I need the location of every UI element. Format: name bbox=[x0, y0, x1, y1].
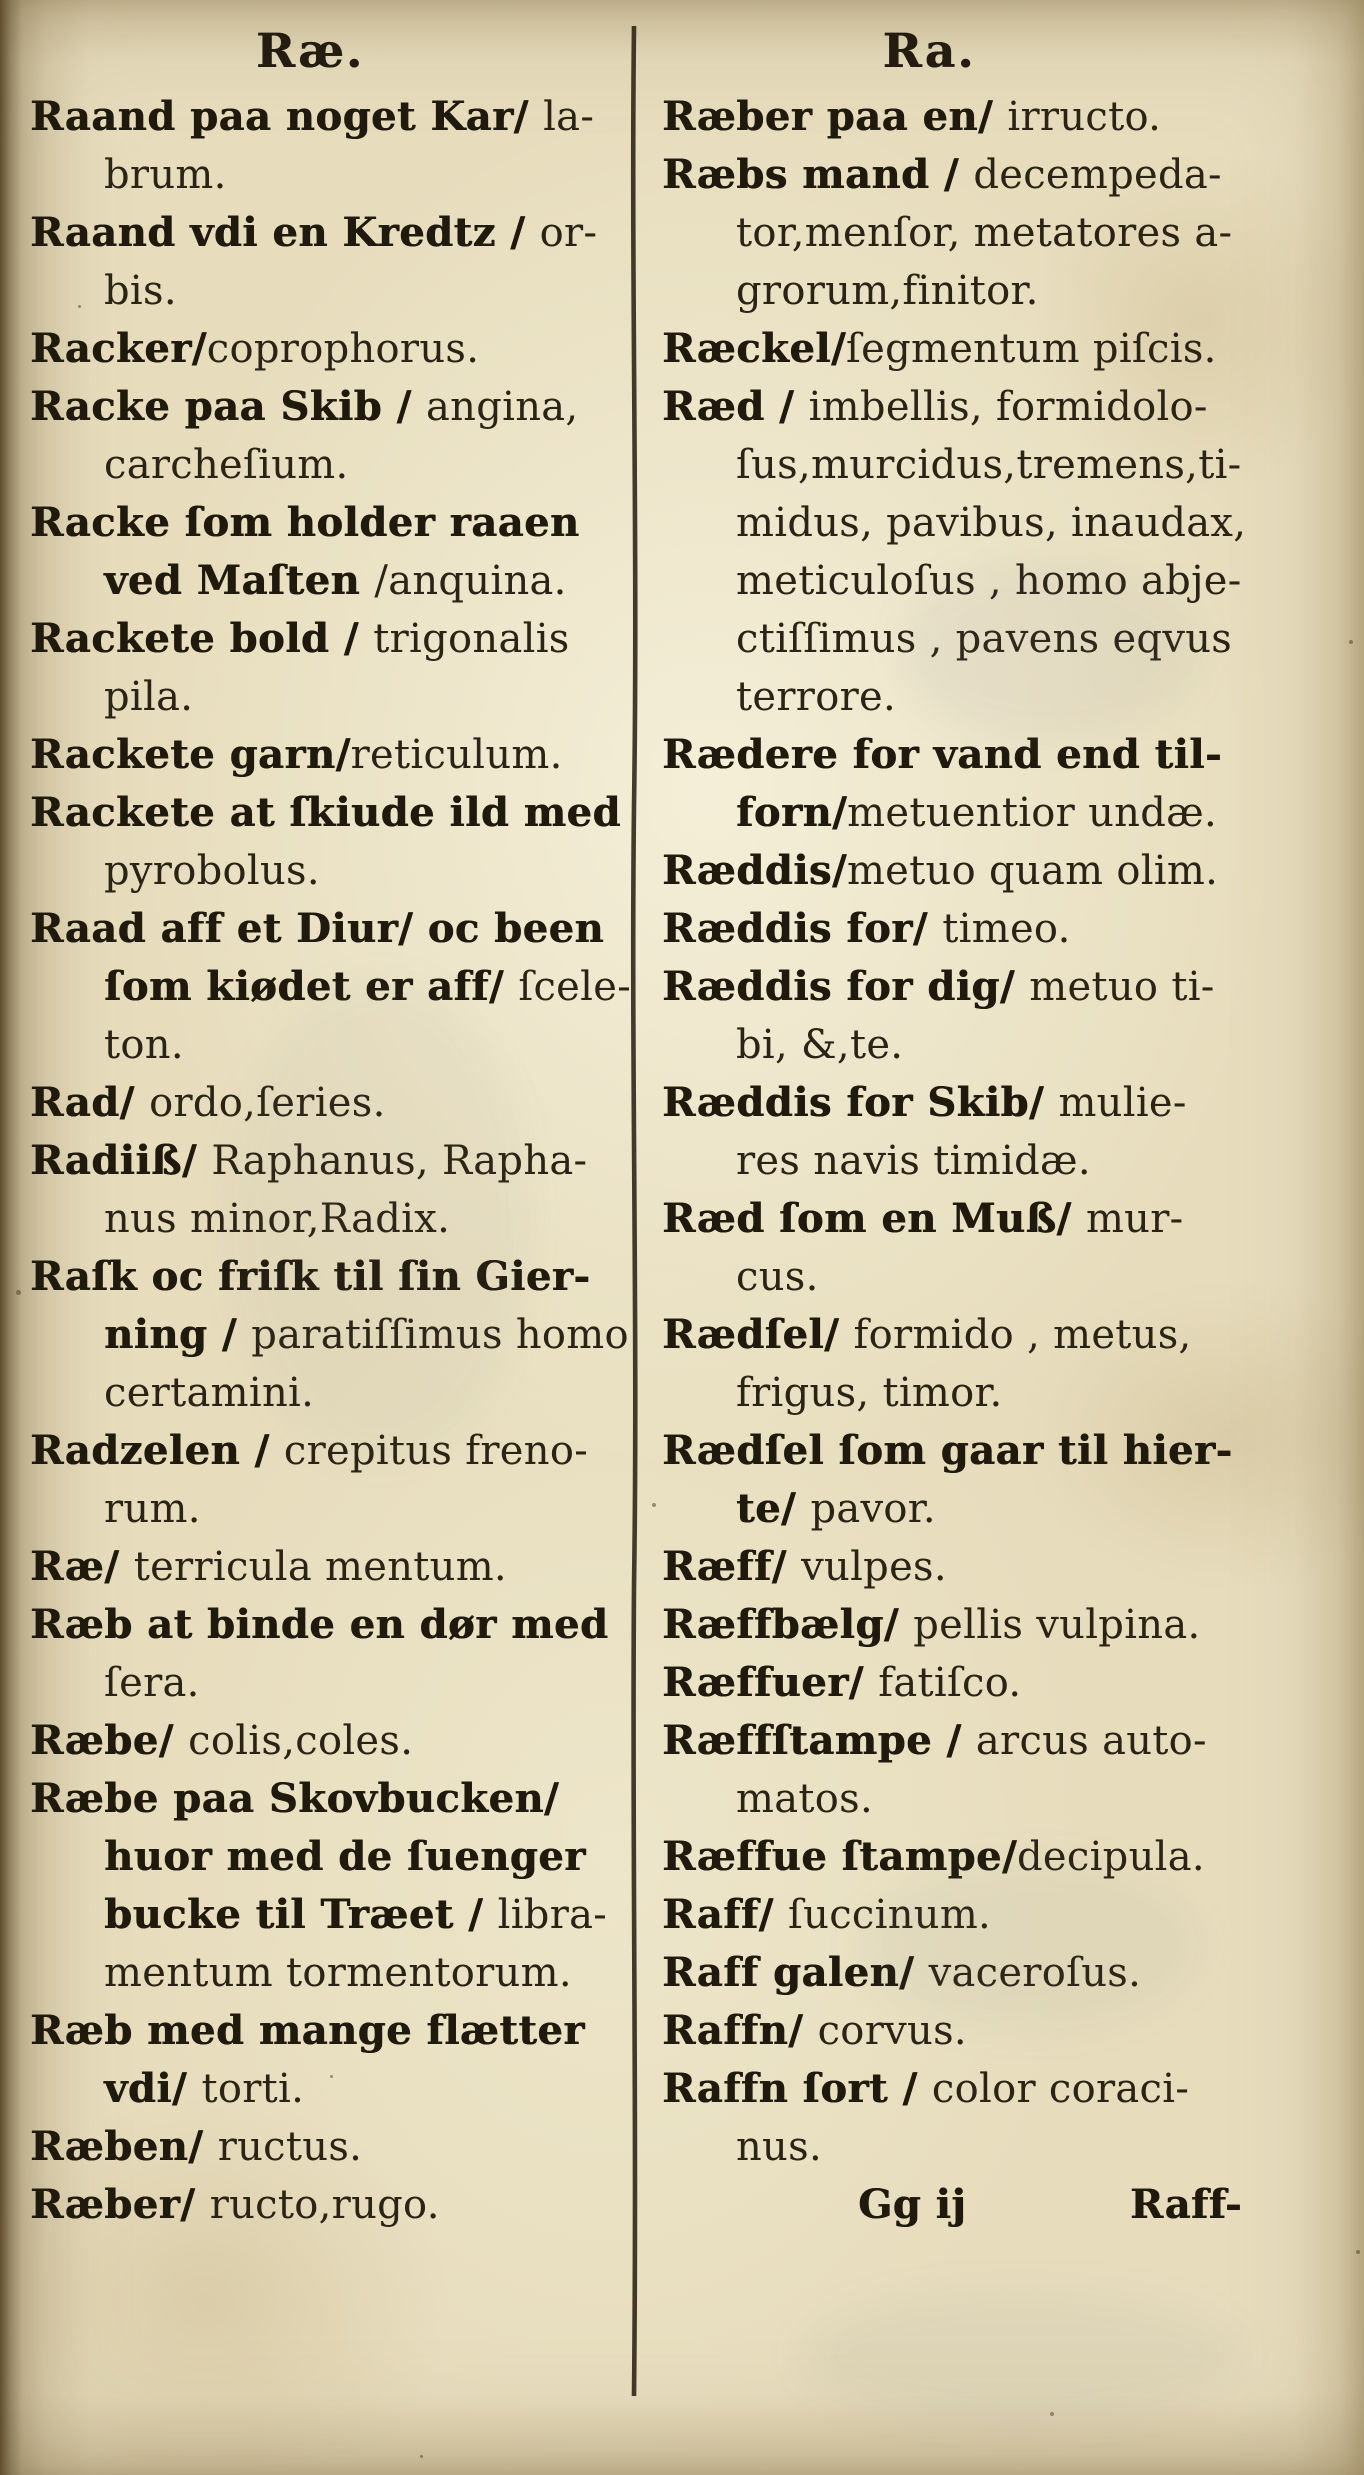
latin-gloss-text: pellis vulpina. bbox=[913, 1602, 1200, 1648]
entry-line: ſus,murcidus,tremens,ti- bbox=[662, 436, 1354, 494]
latin-gloss-text: angina, bbox=[426, 384, 578, 430]
entry-line: Ræffbælg/ pellis vulpina. bbox=[662, 1596, 1354, 1654]
running-head-right: Ra. bbox=[664, 24, 1194, 80]
latin-gloss-text: cus. bbox=[736, 1254, 819, 1300]
entry-line: Ræddis/metuo quam olim. bbox=[662, 842, 1354, 900]
entry-line: Ræd / imbellis, formidolo- bbox=[662, 378, 1354, 436]
headword-text: ved Maſten bbox=[104, 557, 374, 604]
headword-text: Ræd ſom en Muß/ bbox=[662, 1195, 1086, 1242]
latin-gloss-text: irructo. bbox=[1007, 94, 1161, 140]
entry-line: Ræbe paa Skovbucken/ bbox=[30, 1770, 630, 1828]
ink-speck bbox=[1349, 640, 1353, 644]
latin-gloss-text: bis. bbox=[104, 268, 177, 314]
latin-gloss-text: la- bbox=[543, 94, 594, 140]
entry-line: bis. bbox=[30, 262, 630, 320]
entry-line: Ræb at binde en dør med bbox=[30, 1596, 630, 1654]
latin-gloss-text: formido , metus, bbox=[854, 1312, 1192, 1358]
entry-line: Racke ſom holder raaen bbox=[30, 494, 630, 552]
headword-text: Ræffbælg/ bbox=[662, 1601, 913, 1648]
bleedthrough-ghost bbox=[900, 560, 1200, 740]
latin-gloss-text: torti. bbox=[201, 2066, 304, 2112]
entry-line: midus, pavibus, inaudax, bbox=[662, 494, 1354, 552]
entry-line: vdi/ torti. bbox=[30, 2060, 630, 2118]
entry-line: pila. bbox=[30, 668, 630, 726]
latin-gloss-text: matos. bbox=[736, 1776, 873, 1822]
latin-gloss-text: bi, &,te. bbox=[736, 1022, 903, 1068]
headword-text: Ræb med mange flætter bbox=[30, 2007, 585, 2054]
headword-text: vdi/ bbox=[104, 2065, 201, 2112]
entry-line: brum. bbox=[30, 146, 630, 204]
entry-line: Rackete bold / trigonalis bbox=[30, 610, 630, 668]
headword-text: te/ bbox=[736, 1485, 810, 1532]
headword-text: Ræber/ bbox=[30, 2181, 210, 2228]
headword-text: Gg ij bbox=[858, 2176, 966, 2234]
headword-text: Ræben/ bbox=[30, 2123, 218, 2170]
latin-gloss-text: libra- bbox=[498, 1892, 607, 1938]
latin-gloss-text: colis,coles. bbox=[188, 1718, 413, 1764]
latin-gloss-text: /anquina. bbox=[374, 558, 566, 604]
entry-line: bi, &,te. bbox=[662, 1016, 1354, 1074]
entry-line: Ræddis for dig/ metuo ti- bbox=[662, 958, 1354, 1016]
entry-line: mentum tormentorum. bbox=[30, 1944, 630, 2002]
latin-gloss-text: metuo quam olim. bbox=[847, 848, 1218, 894]
latin-gloss-text: midus, pavibus, inaudax, bbox=[736, 500, 1246, 546]
entry-line: huor med de ſuenger bbox=[30, 1828, 630, 1886]
latin-gloss-text: nus. bbox=[736, 2124, 822, 2170]
latin-gloss-text: terricula mentum. bbox=[134, 1544, 507, 1590]
latin-gloss-text: ſegmentum piſcis. bbox=[846, 326, 1217, 372]
ink-speck bbox=[78, 305, 81, 308]
entry-line: Rackete garn/reticulum. bbox=[30, 726, 630, 784]
latin-gloss-text: imbellis, formidolo- bbox=[809, 384, 1208, 430]
latin-gloss-text: metuo ti- bbox=[1029, 964, 1214, 1010]
entry-line: carcheſium. bbox=[30, 436, 630, 494]
latin-gloss-text: ſus,murcidus,tremens,ti- bbox=[736, 442, 1241, 488]
entry-line: Ræffuer/ fatiſco. bbox=[662, 1654, 1354, 1712]
headword-text: Ræbs mand / bbox=[662, 151, 973, 198]
headword-text: Ræddis/ bbox=[662, 847, 847, 894]
entry-line: Ræff/ vulpes. bbox=[662, 1538, 1354, 1596]
headword-text: Ræbe/ bbox=[30, 1717, 188, 1764]
latin-gloss-text: mentum tormentorum. bbox=[104, 1950, 572, 1996]
entry-line: Ræb med mange flætter bbox=[30, 2002, 630, 2060]
headword-text: Rad/ bbox=[30, 1079, 149, 1126]
entry-line: Ræd ſom en Muß/ mur- bbox=[662, 1190, 1354, 1248]
headword-text: Racker/ bbox=[30, 325, 207, 372]
headword-text: Ræckel/ bbox=[662, 325, 846, 372]
entry-line: Ræbs mand / decempeda- bbox=[662, 146, 1354, 204]
bleedthrough-ghost bbox=[800, 2290, 1240, 2420]
headword-text: Rackete at ſkiude ild med bbox=[30, 789, 621, 836]
entry-line: ſera. bbox=[30, 1654, 630, 1712]
headword-text: Ræddis for Skib/ bbox=[662, 1079, 1058, 1126]
headword-text: ſom kiødet er aff/ bbox=[104, 963, 518, 1010]
headword-text: Ræff/ bbox=[662, 1543, 801, 1590]
latin-gloss-text: pyrobolus. bbox=[104, 848, 320, 894]
headword-text: Ræffuer/ bbox=[662, 1659, 878, 1706]
headword-text: Raad aff et Diur/ oc been bbox=[30, 905, 604, 952]
latin-gloss-text: vulpes. bbox=[801, 1544, 947, 1590]
latin-gloss-text: color coraci- bbox=[932, 2066, 1189, 2112]
headword-text: Ræd / bbox=[662, 383, 809, 430]
entry-line: pyrobolus. bbox=[30, 842, 630, 900]
ink-speck bbox=[420, 2455, 423, 2458]
headword-text: Raand paa noget Kar/ bbox=[30, 93, 543, 140]
latin-gloss-text: ſcele- bbox=[518, 964, 631, 1010]
entry-line: rum. bbox=[30, 1480, 630, 1538]
entry-line: Rackete at ſkiude ild med bbox=[30, 784, 630, 842]
headword-text: Raffn/ bbox=[662, 2007, 818, 2054]
entry-line: Ræffſtampe / arcus auto- bbox=[662, 1712, 1354, 1770]
latin-gloss-text: ructus. bbox=[218, 2124, 362, 2170]
headword-text: Ræffſtampe / bbox=[662, 1717, 976, 1764]
entry-line: ved Maſten /anquina. bbox=[30, 552, 630, 610]
latin-gloss-text: reticulum. bbox=[351, 732, 563, 778]
latin-gloss-text: decempeda- bbox=[973, 152, 1222, 198]
latin-gloss-text: brum. bbox=[104, 152, 227, 198]
latin-gloss-text: pila. bbox=[104, 674, 193, 720]
entry-line: Ræckel/ſegmentum piſcis. bbox=[662, 320, 1354, 378]
entry-line: frigus, timor. bbox=[662, 1364, 1354, 1422]
latin-gloss-text: res navis timidæ. bbox=[736, 1138, 1091, 1184]
latin-gloss-text: ructo,rugo. bbox=[210, 2182, 440, 2228]
running-head-left: Ræ. bbox=[30, 24, 590, 80]
headword-text: Rackete bold / bbox=[30, 615, 373, 662]
headword-text: Ræddis for dig/ bbox=[662, 963, 1029, 1010]
entry-line: Ræddis for Skib/ mulie- bbox=[662, 1074, 1354, 1132]
latin-gloss-text: terrore. bbox=[736, 674, 896, 720]
headword-text: Radiiß/ bbox=[30, 1137, 211, 1184]
bleedthrough-ghost bbox=[860, 1860, 1200, 2030]
latin-gloss-text: carcheſium. bbox=[104, 442, 349, 488]
ink-speck bbox=[652, 1503, 656, 1507]
latin-gloss-text: rum. bbox=[104, 1486, 201, 1532]
bleedthrough-ghost bbox=[230, 980, 530, 1460]
ink-speck bbox=[16, 1290, 21, 1295]
ink-speck bbox=[1356, 2250, 1360, 2254]
headword-text: Ræ/ bbox=[30, 1543, 134, 1590]
latin-gloss-text: pavor. bbox=[810, 1486, 935, 1532]
entry-line: cus. bbox=[662, 1248, 1354, 1306]
headword-text: Rædſel ſom gaar til hier- bbox=[662, 1427, 1233, 1474]
ink-speck bbox=[1050, 2412, 1054, 2416]
entry-line: grorum,finitor. bbox=[662, 262, 1354, 320]
headword-text: Ræber paa en/ bbox=[662, 93, 1007, 140]
entry-line: Raffn ſort / color coraci- bbox=[662, 2060, 1354, 2118]
entry-line: Racke paa Skib / angina, bbox=[30, 378, 630, 436]
entry-line: Ræbe/ colis,coles. bbox=[30, 1712, 630, 1770]
headword-text: Rædſel/ bbox=[662, 1311, 854, 1358]
headword-text: Raffn ſort / bbox=[662, 2065, 932, 2112]
ink-speck bbox=[330, 2075, 333, 2078]
entry-line: Raand vdi en Kredtz / or- bbox=[30, 204, 630, 262]
headword-text: Ræb at binde en dør med bbox=[30, 1601, 608, 1648]
latin-gloss-text: or- bbox=[540, 210, 598, 256]
latin-gloss-text: frigus, timor. bbox=[736, 1370, 1003, 1416]
entry-line: Rædſel ſom gaar til hier- bbox=[662, 1422, 1354, 1480]
entry-line: res navis timidæ. bbox=[662, 1132, 1354, 1190]
entry-line: Raad aff et Diur/ oc been bbox=[30, 900, 630, 958]
headword-text: Rædere for vand end til- bbox=[662, 731, 1222, 778]
latin-gloss-text: trigonalis bbox=[373, 616, 569, 662]
entry-line: Ræber/ ructo,rugo. bbox=[30, 2176, 630, 2234]
entry-line: te/ pavor. bbox=[662, 1480, 1354, 1538]
entry-line: Ræ/ terricula mentum. bbox=[30, 1538, 630, 1596]
headword-text: Ræbe paa Skovbucken/ bbox=[30, 1775, 559, 1822]
latin-gloss-text: grorum,finitor. bbox=[736, 268, 1039, 314]
signature-line: Gg ijRaff- bbox=[662, 2176, 1354, 2234]
headword-text: ning / bbox=[104, 1311, 251, 1358]
latin-gloss-text: ſera. bbox=[104, 1660, 200, 1706]
headword-text: huor med de ſuenger bbox=[104, 1833, 586, 1880]
headword-text: Raff- bbox=[1130, 2176, 1242, 2234]
latin-gloss-text: arcus auto- bbox=[976, 1718, 1207, 1764]
entry-line: nus. bbox=[662, 2118, 1354, 2176]
headword-text: Racke ſom holder raaen bbox=[30, 499, 579, 546]
headword-text: Radzelen / bbox=[30, 1427, 284, 1474]
headword-text: forn/ bbox=[736, 789, 847, 836]
headword-text: bucke til Træet / bbox=[104, 1891, 498, 1938]
entry-line: Ræddis for/ timeo. bbox=[662, 900, 1354, 958]
headword-text: Racke paa Skib / bbox=[30, 383, 426, 430]
entry-line: forn/metuentior undæ. bbox=[662, 784, 1354, 842]
entry-line: Rædſel/ formido , metus, bbox=[662, 1306, 1354, 1364]
headword-text: Raff/ bbox=[662, 1891, 788, 1938]
column-divider-rule bbox=[628, 26, 642, 2396]
entry-line: Racker/coprophorus. bbox=[30, 320, 630, 378]
latin-gloss-text: mulie- bbox=[1058, 1080, 1186, 1126]
latin-gloss-text: tor,menſor, metatores a- bbox=[736, 210, 1232, 256]
entry-line: Ræber paa en/ irructo. bbox=[662, 88, 1354, 146]
latin-gloss-text: coprophorus. bbox=[207, 326, 479, 372]
latin-gloss-text: metuentior undæ. bbox=[847, 790, 1217, 836]
entry-line: matos. bbox=[662, 1770, 1354, 1828]
latin-gloss-text: timeo. bbox=[942, 906, 1070, 952]
book-page: Ræ. Ra. Raand paa noget Kar/ la-brum.Raa… bbox=[0, 0, 1364, 2475]
headword-text: Ræddis for/ bbox=[662, 905, 942, 952]
entry-line: bucke til Træet / libra- bbox=[30, 1886, 630, 1944]
latin-gloss-text: mur- bbox=[1086, 1196, 1184, 1242]
latin-gloss-text: fatiſco. bbox=[878, 1660, 1021, 1706]
headword-text: Rackete garn/ bbox=[30, 731, 351, 778]
entry-line: Raand paa noget Kar/ la- bbox=[30, 88, 630, 146]
entry-line: tor,menſor, metatores a- bbox=[662, 204, 1354, 262]
headword-text: Raand vdi en Kredtz / bbox=[30, 209, 540, 256]
latin-gloss-text: ton. bbox=[104, 1022, 184, 1068]
entry-line: Ræben/ ructus. bbox=[30, 2118, 630, 2176]
